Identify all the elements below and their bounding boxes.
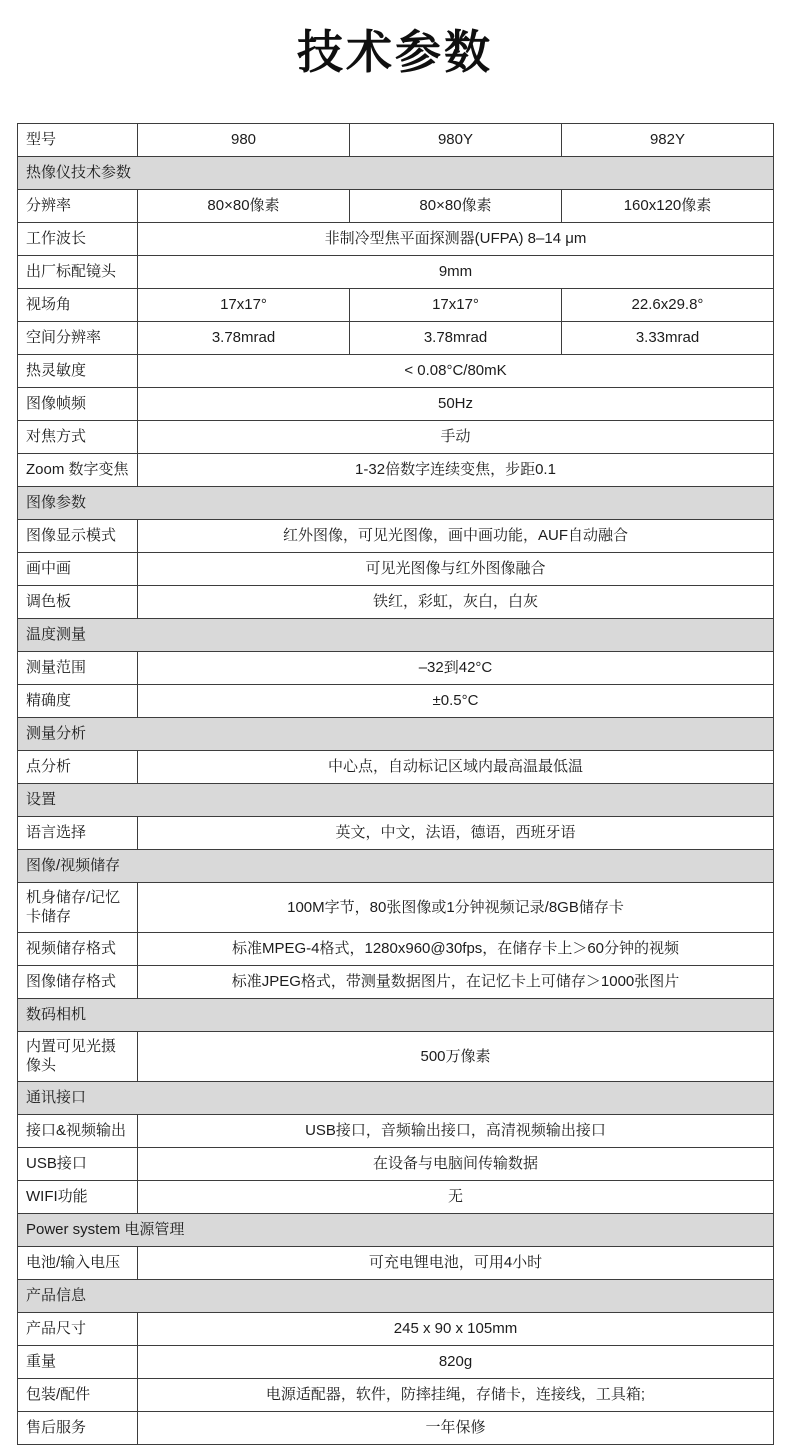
row-value: 红外图像，可见光图像，画中画功能，AUF自动融合 <box>138 519 774 552</box>
spec-row: 分辨率80×80像素80×80像素160x120像素 <box>18 189 774 222</box>
row-value: < 0.08°C/80mK <box>138 354 774 387</box>
spec-row: 测量范围–32到42°C <box>18 651 774 684</box>
spec-row: 包装/配件电源适配器，软件，防摔挂绳，存储卡，连接线，工具箱; <box>18 1378 774 1411</box>
row-label: 对焦方式 <box>18 420 138 453</box>
row-label: 图像储存格式 <box>18 965 138 998</box>
row-value: 铁红，彩虹，灰白，白灰 <box>138 585 774 618</box>
section-row: 通讯接口 <box>18 1081 774 1114</box>
spec-row: 内置可见光摄像头500万像素 <box>18 1031 774 1081</box>
row-value: ±0.5°C <box>138 684 774 717</box>
spec-row: 视频储存格式标准MPEG-4格式，1280x960@30fps，在储存卡上＞60… <box>18 932 774 965</box>
section-row: 图像/视频储存 <box>18 849 774 882</box>
row-value: 982Y <box>562 123 774 156</box>
row-value: 手动 <box>138 420 774 453</box>
row-value: 17x17° <box>138 288 350 321</box>
spec-row: 型号980980Y982Y <box>18 123 774 156</box>
row-label: 分辨率 <box>18 189 138 222</box>
row-value: –32到42°C <box>138 651 774 684</box>
section-row: 热像仪技术参数 <box>18 156 774 189</box>
row-value: 无 <box>138 1180 774 1213</box>
row-label: 内置可见光摄像头 <box>18 1031 138 1081</box>
spec-row: 空间分辨率3.78mrad3.78mrad3.33mrad <box>18 321 774 354</box>
section-header-cell: 图像参数 <box>18 486 774 519</box>
spec-row: 图像显示模式红外图像，可见光图像，画中画功能，AUF自动融合 <box>18 519 774 552</box>
row-value: 非制冷型焦平面探测器(UFPA) 8–14 μm <box>138 222 774 255</box>
spec-row: Zoom 数字变焦1-32倍数字连续变焦，步距0.1 <box>18 453 774 486</box>
section-header-cell: 数码相机 <box>18 998 774 1031</box>
section-header-cell: 温度测量 <box>18 618 774 651</box>
row-value: 22.6x29.8° <box>562 288 774 321</box>
row-value: 3.78mrad <box>138 321 350 354</box>
spec-page: 技术参数 型号980980Y982Y热像仪技术参数分辨率80×80像素80×80… <box>0 0 790 1445</box>
row-value: 一年保修 <box>138 1411 774 1444</box>
row-label: 语言选择 <box>18 816 138 849</box>
row-value: 500万像素 <box>138 1031 774 1081</box>
row-label: 调色板 <box>18 585 138 618</box>
row-value: 245 x 90 x 105mm <box>138 1312 774 1345</box>
row-label: 工作波长 <box>18 222 138 255</box>
spec-row: 精确度±0.5°C <box>18 684 774 717</box>
row-label: 出厂标配镜头 <box>18 255 138 288</box>
spec-row: 产品尺寸245 x 90 x 105mm <box>18 1312 774 1345</box>
spec-row: 图像帧频50Hz <box>18 387 774 420</box>
section-header-cell: 图像/视频储存 <box>18 849 774 882</box>
row-value: 可见光图像与红外图像融合 <box>138 552 774 585</box>
row-label: 图像帧频 <box>18 387 138 420</box>
row-value: 980Y <box>350 123 562 156</box>
spec-row: 调色板铁红，彩虹，灰白，白灰 <box>18 585 774 618</box>
row-value: USB接口，音频输出接口，高清视频输出接口 <box>138 1114 774 1147</box>
spec-row: WIFI功能无 <box>18 1180 774 1213</box>
row-value: 3.78mrad <box>350 321 562 354</box>
row-label: 接口&视频输出 <box>18 1114 138 1147</box>
row-value: 英文，中文，法语，德语，西班牙语 <box>138 816 774 849</box>
row-label: 精确度 <box>18 684 138 717</box>
spec-row: 点分析中心点，自动标记区域内最高温最低温 <box>18 750 774 783</box>
row-label: WIFI功能 <box>18 1180 138 1213</box>
row-label: 型号 <box>18 123 138 156</box>
row-value: 标准MPEG-4格式，1280x960@30fps，在储存卡上＞60分钟的视频 <box>138 932 774 965</box>
row-value: 160x120像素 <box>562 189 774 222</box>
section-row: 设置 <box>18 783 774 816</box>
spec-row: 语言选择英文，中文，法语，德语，西班牙语 <box>18 816 774 849</box>
row-value: 电源适配器，软件，防摔挂绳，存储卡，连接线，工具箱; <box>138 1378 774 1411</box>
section-header-cell: 设置 <box>18 783 774 816</box>
row-label: 视频储存格式 <box>18 932 138 965</box>
spec-row: 机身储存/记忆卡储存100M字节，80张图像或1分钟视频记录/8GB储存卡 <box>18 882 774 932</box>
spec-row: 图像储存格式标准JPEG格式，带测量数据图片，在记忆卡上可储存＞1000张图片 <box>18 965 774 998</box>
section-header-cell: 通讯接口 <box>18 1081 774 1114</box>
row-label: 点分析 <box>18 750 138 783</box>
spec-row: 对焦方式手动 <box>18 420 774 453</box>
section-row: Power system 电源管理 <box>18 1213 774 1246</box>
row-value: 标准JPEG格式，带测量数据图片，在记忆卡上可储存＞1000张图片 <box>138 965 774 998</box>
spec-row: USB接口在设备与电脑间传输数据 <box>18 1147 774 1180</box>
row-value: 980 <box>138 123 350 156</box>
row-label: 测量范围 <box>18 651 138 684</box>
row-value: 1-32倍数字连续变焦，步距0.1 <box>138 453 774 486</box>
row-label: Zoom 数字变焦 <box>18 453 138 486</box>
row-label: 画中画 <box>18 552 138 585</box>
section-header-cell: 测量分析 <box>18 717 774 750</box>
row-label: 热灵敏度 <box>18 354 138 387</box>
row-label: 包装/配件 <box>18 1378 138 1411</box>
section-row: 图像参数 <box>18 486 774 519</box>
row-value: 80×80像素 <box>350 189 562 222</box>
row-value: 50Hz <box>138 387 774 420</box>
row-label: USB接口 <box>18 1147 138 1180</box>
section-header-cell: Power system 电源管理 <box>18 1213 774 1246</box>
spec-row: 热灵敏度< 0.08°C/80mK <box>18 354 774 387</box>
row-value: 中心点，自动标记区域内最高温最低温 <box>138 750 774 783</box>
row-value: 在设备与电脑间传输数据 <box>138 1147 774 1180</box>
section-row: 产品信息 <box>18 1279 774 1312</box>
row-value: 17x17° <box>350 288 562 321</box>
row-label: 图像显示模式 <box>18 519 138 552</box>
row-value: 100M字节，80张图像或1分钟视频记录/8GB储存卡 <box>138 882 774 932</box>
spec-row: 接口&视频输出USB接口，音频输出接口，高清视频输出接口 <box>18 1114 774 1147</box>
row-label: 空间分辨率 <box>18 321 138 354</box>
row-label: 售后服务 <box>18 1411 138 1444</box>
row-label: 产品尺寸 <box>18 1312 138 1345</box>
row-label: 视场角 <box>18 288 138 321</box>
section-row: 温度测量 <box>18 618 774 651</box>
row-value: 9mm <box>138 255 774 288</box>
spec-row: 出厂标配镜头9mm <box>18 255 774 288</box>
row-label: 电池/输入电压 <box>18 1246 138 1279</box>
spec-table: 型号980980Y982Y热像仪技术参数分辨率80×80像素80×80像素160… <box>17 123 774 1445</box>
row-value: 820g <box>138 1345 774 1378</box>
row-label: 重量 <box>18 1345 138 1378</box>
spec-row: 画中画可见光图像与红外图像融合 <box>18 552 774 585</box>
section-row: 测量分析 <box>18 717 774 750</box>
spec-row: 工作波长非制冷型焦平面探测器(UFPA) 8–14 μm <box>18 222 774 255</box>
section-header-cell: 热像仪技术参数 <box>18 156 774 189</box>
row-value: 可充电锂电池，可用4小时 <box>138 1246 774 1279</box>
spec-row: 电池/输入电压可充电锂电池，可用4小时 <box>18 1246 774 1279</box>
row-label: 机身储存/记忆卡储存 <box>18 882 138 932</box>
spec-row: 售后服务一年保修 <box>18 1411 774 1444</box>
section-header-cell: 产品信息 <box>18 1279 774 1312</box>
page-title: 技术参数 <box>0 0 790 79</box>
row-value: 80×80像素 <box>138 189 350 222</box>
section-row: 数码相机 <box>18 998 774 1031</box>
spec-row: 视场角17x17°17x17°22.6x29.8° <box>18 288 774 321</box>
spec-row: 重量820g <box>18 1345 774 1378</box>
row-value: 3.33mrad <box>562 321 774 354</box>
